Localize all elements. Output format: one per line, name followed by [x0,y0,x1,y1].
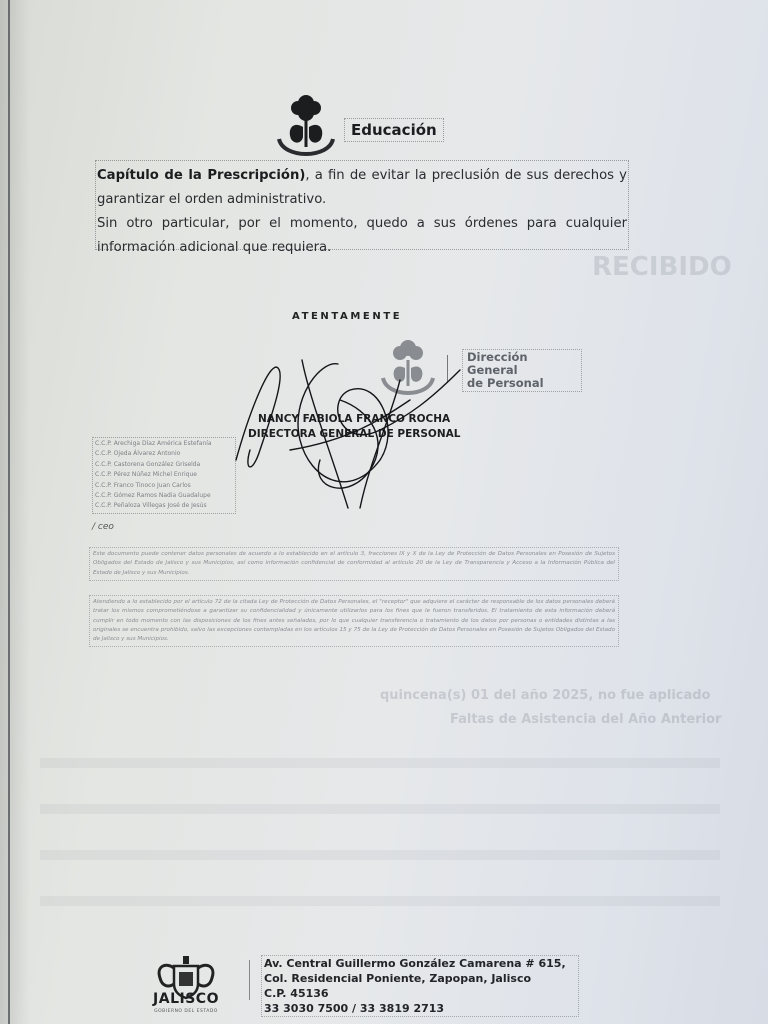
stamp-label-line-1: Dirección General [467,351,577,377]
cc-recipient: C.C.P. Pérez Núñez Michel Enrique [95,470,233,480]
page-shadow [0,0,30,1024]
education-flower-logo-icon [275,93,337,165]
closing-paragraph-1: Capítulo de la Prescripción), a fin de e… [97,164,627,212]
typist-initials: / ceo [92,522,114,532]
department-label: Educación [344,118,444,142]
letter-body: Capítulo de la Prescripción), a fin de e… [97,164,627,260]
address-line-2: Col. Residencial Poniente, Zapopan, Jali… [264,971,576,986]
contact-phones: 33 3030 7500 / 33 3819 2713 [264,1001,576,1016]
cc-recipient: C.C.P. Franco Tinoco Juan Carlos [95,481,233,491]
stamp-divider [447,355,448,383]
cc-recipient: C.C.P. Peñaloza Villegas José de Jesús [95,501,233,511]
privacy-notice-2: Atendiendo a lo establecido por el artíc… [89,595,619,647]
state-subtitle: GOBIERNO DEL ESTADO [146,1009,226,1014]
chapter-reference: Capítulo de la Prescripción) [97,168,305,183]
salutation: ATENTAMENTE [292,311,402,322]
privacy-notice-1: Este documento puede contener datos pers… [89,547,619,581]
address-line-1: Av. Central Guillermo González Camarena … [264,956,576,971]
cc-recipient: C.C.P. Arechiga Díaz América Estefanía [95,439,233,449]
page-edge [8,0,10,1024]
bleed-through-line-b: Faltas de Asistencia del Año Anterior [450,712,721,727]
personnel-directorate-label: Dirección General de Personal [462,349,582,392]
footer-address: Av. Central Guillermo González Camarena … [261,955,579,1017]
footer-divider [249,960,250,1000]
address-postal-code: C.P. 45136 [264,986,576,1001]
bleed-through-block [40,740,720,920]
personnel-stamp-logo-icon [380,338,436,404]
carbon-copy-list: C.C.P. Arechiga Díaz América Estefanía C… [92,437,236,514]
cc-recipient: C.C.P. Ojeda Álvarez Antonio [95,449,233,459]
signer-title: DIRECTORA GENERAL DE PERSONAL [248,428,460,440]
state-name: JALISCO [146,991,226,1007]
signer-name: NANCY FABIOLA FRANCO ROCHA [258,413,450,425]
bleed-through-line-a: quincena(s) 01 del año 2025, no fue apli… [380,688,711,703]
cc-recipient: C.C.P. Gómez Ramos Nadia Guadalupe [95,491,233,501]
stamp-label-line-2: de Personal [467,377,577,390]
closing-paragraph-2: Sin otro particular, por el momento, que… [97,212,627,260]
cc-recipient: C.C.P. Castorena González Griselda [95,460,233,470]
